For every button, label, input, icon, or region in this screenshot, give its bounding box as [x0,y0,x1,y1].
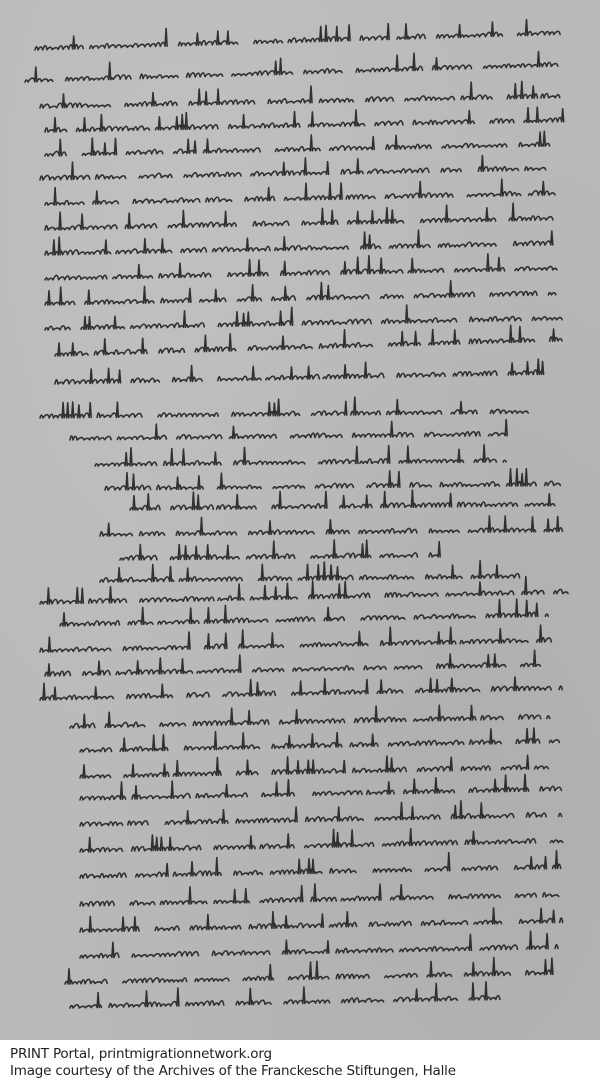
handwritten-word [158,608,199,624]
handwritten-word [93,191,119,204]
handwritten-word [471,561,519,579]
handwritten-word [262,780,295,797]
handwritten-word [367,471,400,488]
handwritten-word [229,112,300,129]
handwritten-word [97,402,142,417]
handwritten-word [547,716,550,719]
handwritten-word [234,447,305,464]
handwritten-word [330,137,375,151]
handwritten-word [361,232,381,249]
handwritten-word [462,866,497,871]
handwritten-word [377,680,402,693]
handwritten-word [155,113,218,130]
handwritten-word [131,311,205,329]
caption-courtesy-line: Image courtesy of the Archives of the Fr… [10,1063,590,1080]
handwritten-word [40,683,113,700]
handwritten-word [133,198,200,203]
handwritten-word [40,637,111,652]
handwritten-word [383,829,458,846]
handwritten-word [159,263,211,278]
handwritten-word [236,807,297,823]
handwritten-word [429,529,459,533]
handwritten-word [247,541,295,559]
handwritten-word [94,338,147,355]
handwritten-word [425,853,450,871]
handwritten-word [490,119,514,123]
handwritten-word [128,821,148,825]
handwritten-word [306,807,364,822]
handwritten-word [214,836,255,849]
handwritten-word [449,894,500,898]
handwritten-word [230,426,277,438]
handwritten-word [356,53,422,72]
handwritten-word [276,617,314,622]
handwritten-word [205,633,227,649]
handwritten-word [380,553,418,557]
handwritten-word [507,81,537,98]
handwritten-word [217,495,256,510]
handwritten-word [305,829,374,847]
handwritten-word [214,889,249,904]
handwritten-word [249,521,314,535]
handwritten-word [311,884,336,902]
handwritten-word [307,283,369,300]
handwritten-word [366,97,394,102]
handwritten-word [464,958,510,977]
handwritten-word [253,668,284,672]
handwritten-word [537,625,552,642]
handwritten-word [168,210,236,227]
handwritten-word [120,735,168,752]
handwritten-word [469,325,534,343]
handwritten-word [100,523,132,536]
handwritten-word [184,172,241,177]
handwritten-word [200,290,226,302]
handwritten-word [559,813,562,816]
handwritten-word [155,926,179,930]
handwritten-word [426,565,463,579]
handwritten-word [228,260,268,277]
handwritten-word [90,28,167,48]
handwritten-word [555,945,558,949]
handwritten-word [353,756,407,773]
handwritten-word [460,629,528,644]
handwritten-word [515,857,547,870]
handwritten-word [234,871,263,875]
handwritten-word [80,782,126,800]
caption-portal-line: PRINT Portal, printmigrationnetwork.org [10,1046,590,1063]
handwritten-word [524,107,564,122]
handwritten-word [521,650,541,666]
handwritten-word [437,22,503,38]
handwritten-word [414,614,475,619]
handwritten-word [336,974,369,978]
handwritten-word [492,677,552,691]
handwritten-word [243,965,273,981]
handwritten-word [442,144,507,149]
handwritten-word [336,948,393,953]
handwritten-word [212,951,269,956]
handwritten-word [391,885,434,900]
handwritten-word [360,575,414,579]
handwritten-word [367,782,394,795]
handwritten-word [80,837,123,852]
handwritten-word [76,115,149,132]
handwritten-word [532,317,562,321]
handwritten-word [429,542,440,557]
handwritten-word [96,175,126,179]
handwritten-word [204,139,261,153]
handwritten-word [549,740,559,743]
handwritten-word [519,908,554,923]
handwritten-word [389,332,421,347]
handwritten-word [251,158,329,176]
handwritten-word [446,582,514,596]
handwritten-word [136,864,168,877]
handwritten-word [309,582,370,599]
handwritten-word [105,712,145,727]
handwritten-word [548,293,556,295]
handwritten-word [441,168,461,172]
handwritten-word [272,286,296,300]
handwritten-word [465,831,535,844]
handwritten-word [187,692,209,697]
handwritten-word [181,248,206,253]
handwritten-word [132,952,199,957]
handwritten-word [543,893,559,897]
handwritten-word [429,329,460,344]
handwritten-word [544,517,562,532]
handwritten-word [353,421,414,437]
handwritten-word [324,607,344,620]
handwritten-word [518,20,561,36]
handwritten-word [308,110,364,127]
handwritten-word [40,402,91,418]
handwritten-word [525,167,546,170]
handwritten-word [404,778,455,794]
handwritten-word [526,958,553,975]
handwritten-word [254,39,283,43]
handwritten-word [319,446,358,463]
handwritten-word [161,288,191,302]
handwritten-word [272,757,345,774]
handwritten-word [139,173,172,178]
handwritten-word [117,424,166,440]
handwritten-word [348,208,404,224]
handwritten-word [171,492,214,510]
handwritten-word [461,766,490,770]
handwritten-word [275,237,349,251]
handwritten-word [223,680,276,697]
handwritten-word [527,931,549,949]
handwritten-word [560,918,563,922]
handwritten-word [350,734,378,746]
handwritten-word [174,139,196,153]
handwritten-word [438,242,496,247]
handwritten-word [281,261,330,275]
handwritten-word [440,482,499,487]
handwritten-word [89,587,127,603]
handwritten-word [124,764,169,777]
handwritten-word [80,748,112,752]
handwritten-word [400,934,472,951]
handwritten-word [525,494,555,506]
handwritten-word [289,961,329,979]
handwritten-word [330,912,357,927]
handwritten-word [290,433,342,438]
handwritten-word [284,183,342,200]
handwritten-word [451,801,514,819]
handwritten-word [40,94,110,108]
handwritten-word [176,518,236,536]
handwritten-word [553,851,561,869]
handwritten-word [469,982,500,1000]
handwritten-word [218,584,244,600]
handwritten-word [170,545,239,560]
handwritten-word [126,149,163,154]
handwritten-word [486,599,538,617]
handwritten-word [128,607,153,624]
handwritten-word [550,840,562,843]
handwritten-word [341,159,363,174]
handwritten-word [248,336,312,350]
handwritten-word [80,901,114,906]
handwritten-word [501,755,528,769]
handwritten-word [45,212,117,230]
handwritten-word [405,96,454,101]
handwritten-word [268,86,312,103]
handwritten-word [65,969,107,984]
handwritten-word [481,716,503,720]
handwritten-word [360,446,390,464]
handwritten-word [381,627,456,645]
handwritten-word [60,613,120,626]
handwritten-word [437,654,506,668]
handwritten-word [251,583,298,599]
handwritten-word [173,858,221,877]
handwritten-word [382,305,457,323]
handwritten-word [474,908,502,924]
handwritten-word [509,203,553,221]
handwritten-word [300,631,368,646]
handwritten-word [468,516,535,532]
handwritten-word [179,31,238,46]
handwritten-word [312,401,347,415]
handwritten-word [298,562,353,580]
handwritten-word [467,179,521,197]
handwritten-word [410,483,431,487]
handwritten-word [272,491,327,508]
handwritten-word [132,835,201,851]
handwritten-word [249,912,323,929]
handwritten-word [45,664,70,676]
handwritten-word [364,666,386,670]
handwritten-word [253,221,288,226]
handwritten-word [451,402,477,414]
handwritten-word [470,317,521,322]
handwritten-word [355,706,406,722]
handwritten-word [280,710,345,724]
handwritten-word [179,568,242,581]
handwritten-word [70,993,101,1008]
handwritten-word [70,714,95,728]
handwritten-word [346,195,375,199]
handwritten-word [45,326,70,330]
handwritten-word [131,378,159,382]
handwritten-word [342,998,384,1003]
handwritten-word [480,945,517,950]
handwritten-word [288,25,350,43]
handwritten-word [453,371,497,376]
handwritten-word [386,135,431,149]
handwritten-word [45,237,111,255]
handwritten-word [414,705,476,721]
handwritten-word [218,733,259,749]
handwritten-word [190,915,241,930]
handwritten-word [45,139,66,156]
handwritten-word [160,887,206,905]
handwritten-word [433,58,472,70]
handwritten-word [157,476,203,490]
handwritten-word [189,89,255,105]
handwritten-word [25,67,53,82]
handwritten-word [515,893,536,897]
handwritten-word [116,658,192,675]
handwritten-word [173,366,203,382]
handwritten-word [315,483,353,488]
handwritten-word [519,715,541,719]
handwritten-word [304,69,342,74]
handwritten-word [100,565,174,583]
handwritten-word [127,684,173,698]
handwritten-word [541,94,560,98]
handwritten-word [187,73,223,77]
handwritten-word [389,230,430,248]
handwritten-word [204,605,267,623]
handwritten-word [140,74,178,78]
handwritten-word [113,265,153,279]
handwritten-word [130,494,160,510]
handwritten-word [258,564,291,580]
handwritten-word [80,822,123,826]
handwritten-word [514,231,553,246]
handwritten-word [232,58,293,76]
handwritten-word [292,679,368,696]
handwritten-word [83,661,110,675]
handwritten-word [490,409,528,413]
handwritten-word [80,765,111,778]
handwritten-word [55,368,121,384]
handwritten-word [385,973,417,977]
handwritten-word [239,630,284,648]
handwritten-word [360,24,389,41]
handwritten-word [484,52,558,69]
handwritten-word [125,93,177,107]
handwritten-word [206,197,232,202]
handwritten-word [394,983,458,1001]
handwritten-word [311,540,371,558]
handwritten-word [80,916,139,932]
handwritten-word [359,528,417,533]
handwritten-word [70,436,111,440]
handwritten-word [195,978,229,981]
handwritten-word [545,481,561,485]
handwritten-word [130,901,155,905]
handwritten-word [529,182,556,196]
handwritten-word [489,420,508,436]
handwritten-word [140,532,165,536]
handwritten-word [193,708,269,725]
handwritten-word [80,873,126,878]
handwritten-word [260,886,303,903]
handwritten-word [120,545,157,560]
handwritten-word [284,987,330,1004]
handwritten-word [82,138,116,155]
handwritten-word [109,988,179,1007]
handwritten-word [80,942,119,958]
handwritten-word [417,757,452,771]
handwritten-word [385,592,438,597]
handwritten-word [164,449,221,466]
handwritten-word [408,259,443,273]
handwritten-word [522,577,544,595]
handwritten-word [116,239,172,254]
handwritten-word [218,307,293,326]
handwritten-word [160,723,186,726]
handwriting-lines [0,0,600,1040]
handwritten-word [293,666,354,671]
handwritten-word [515,266,557,270]
handwritten-word [45,118,67,132]
handwritten-word [490,291,537,296]
handwritten-word [302,319,371,325]
handwritten-word [275,135,320,152]
handwritten-word [519,131,550,146]
handwritten-word [236,988,271,1004]
handwritten-word [540,786,562,791]
handwritten-word [554,589,568,593]
handwritten-word [340,495,372,508]
handwritten-word [260,834,294,849]
handwritten-word [45,287,75,305]
handwritten-word [351,397,381,415]
handwritten-word [421,205,496,222]
handwritten-word [272,733,342,749]
handwritten-word [503,460,506,462]
handwritten-word [373,868,411,872]
handwritten-word [125,213,156,228]
handwritten-word [35,36,83,50]
handwritten-word [422,920,468,925]
handwritten-word [218,366,261,380]
handwritten-word [397,373,445,378]
handwritten-word [381,490,452,507]
handwritten-word [427,961,452,976]
handwritten-word [85,286,154,304]
handwritten-word [177,435,222,439]
handwritten-word [302,208,338,225]
handwritten-word [140,597,214,602]
handwritten-word [40,588,83,605]
handwritten-word [319,330,372,348]
handwritten-word [545,614,548,616]
handwritten-word [238,285,262,301]
handwritten-word [45,188,84,205]
handwritten-word [368,168,429,173]
handwritten-word [330,869,356,874]
handwritten-word [55,343,88,356]
image-credit-caption: PRINT Portal, printmigrationnetwork.org … [10,1046,590,1080]
